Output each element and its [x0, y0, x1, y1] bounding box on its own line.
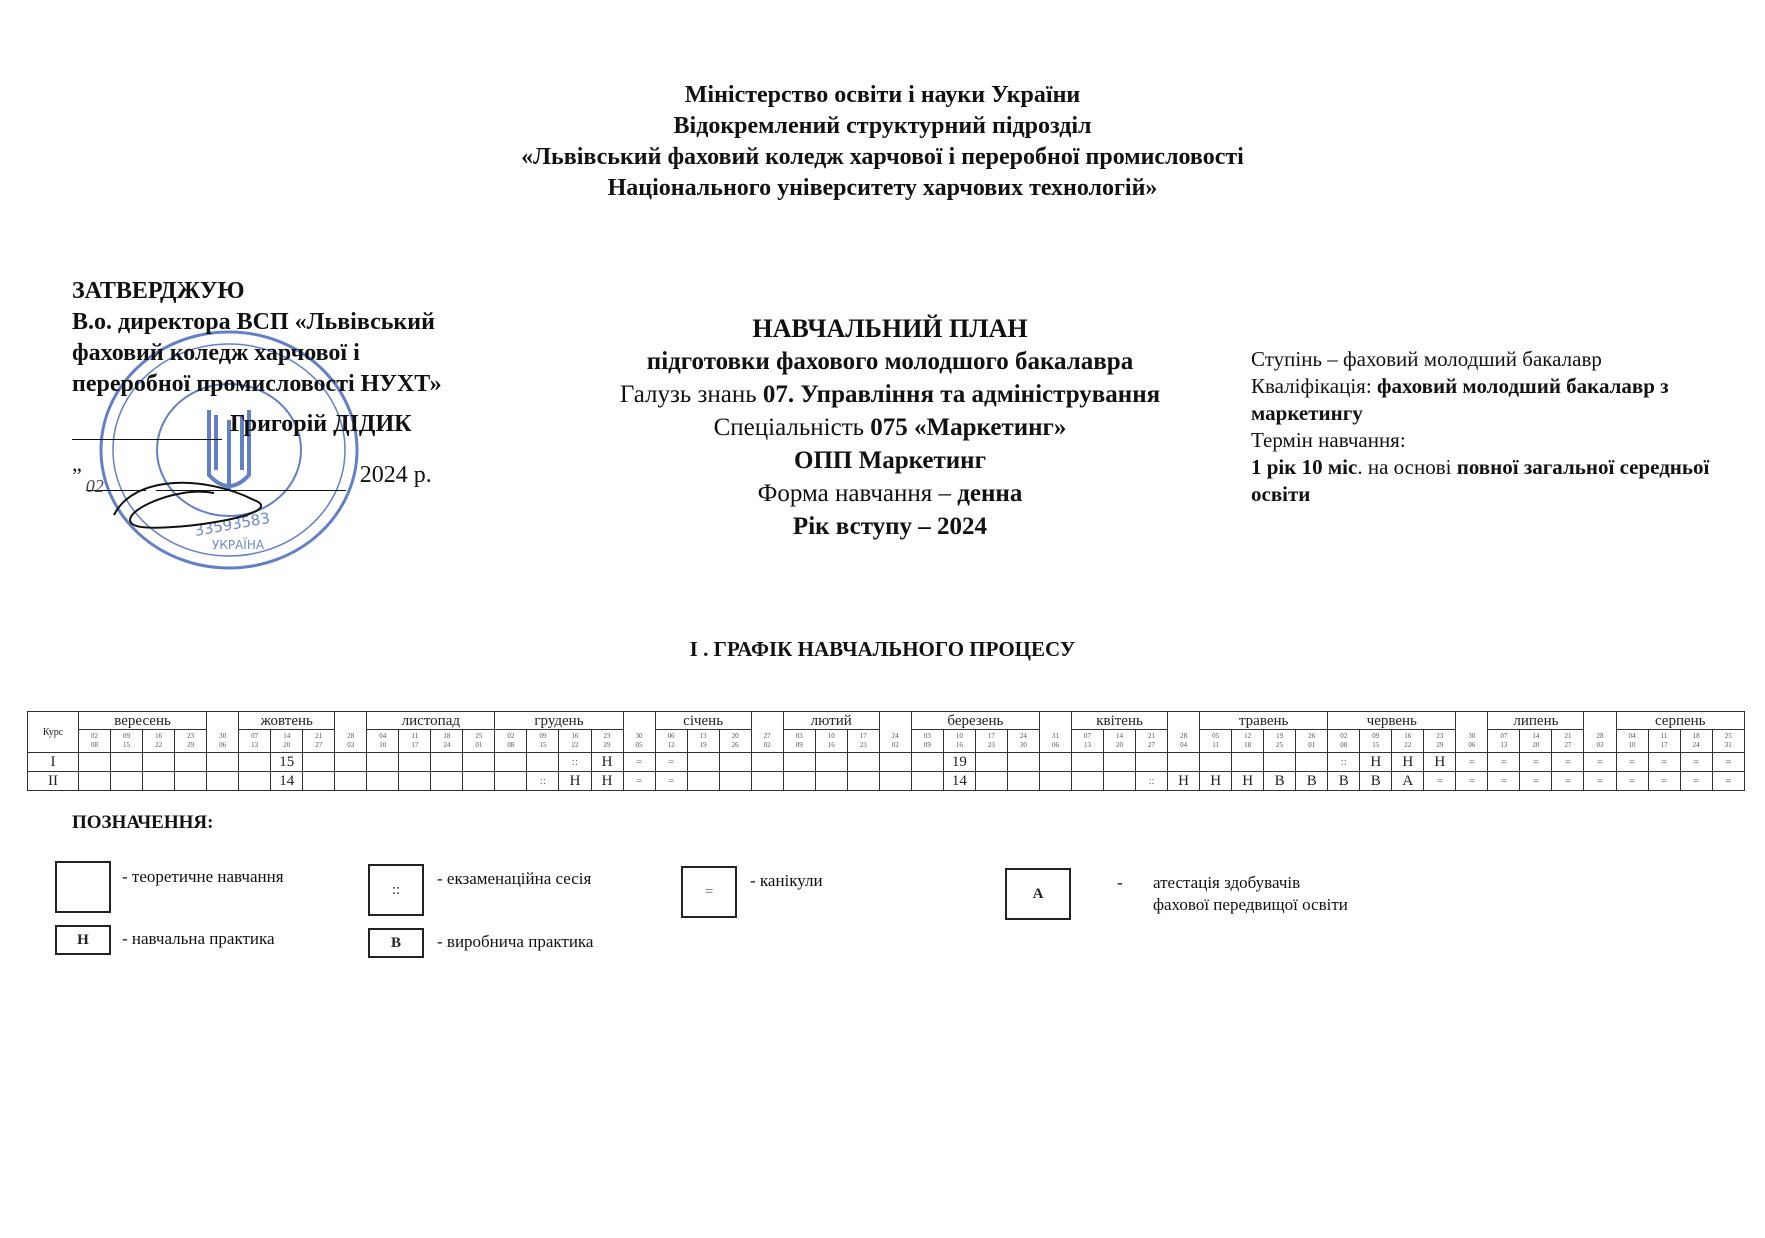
week-end: 18	[1232, 741, 1263, 750]
schedule-cell	[815, 772, 847, 791]
week-header: 2402	[879, 730, 911, 753]
week-end: 30	[1008, 741, 1039, 750]
week-start: 20	[720, 732, 751, 741]
schedule-cell: =	[1456, 772, 1488, 791]
schedule-cell: =	[655, 753, 687, 772]
week-header: 0713	[1488, 730, 1520, 753]
week-start: 21	[1552, 732, 1583, 741]
schedule-cell	[1071, 753, 1103, 772]
week-end: 20	[1520, 741, 1551, 750]
approval-position: В.о. директора ВСП «Львівський	[72, 307, 552, 338]
month-gap-header	[751, 712, 783, 730]
week-header: 0208	[1328, 730, 1360, 753]
week-start: 09	[1360, 732, 1391, 741]
week-end: 04	[1168, 741, 1199, 750]
legend-exam-label: - екзаменаційна сесія	[437, 868, 591, 890]
schedule-cell	[335, 772, 367, 791]
legend-attestation-dash: -	[1117, 872, 1123, 894]
form-label: Форма навчання –	[758, 480, 958, 507]
week-end: 01	[1296, 741, 1327, 750]
week-start: 10	[944, 732, 975, 741]
week-header: 2329	[1424, 730, 1456, 753]
week-start: 19	[1264, 732, 1295, 741]
schedule-cell: =	[1584, 753, 1616, 772]
course-row: І15::Н==19::ННН=========	[28, 753, 1745, 772]
week-header: 0208	[79, 730, 111, 753]
week-start: 02	[1328, 732, 1359, 741]
week-start: 25	[463, 732, 494, 741]
schedule-cell: =	[1552, 753, 1584, 772]
week-header: 0511	[1200, 730, 1232, 753]
signature-underline	[72, 417, 222, 440]
legend-holidays-box: =	[681, 866, 737, 918]
schedule-cell: Н	[1424, 753, 1456, 772]
schedule-cell: Н	[1360, 753, 1392, 772]
week-end: 27	[303, 741, 334, 750]
schedule-cell: 14	[271, 772, 303, 791]
week-end: 05	[624, 741, 655, 750]
week-header: 1420	[271, 730, 303, 753]
ministry-header: Міністерство освіти і науки України Відо…	[0, 80, 1765, 204]
week-end: 02	[752, 741, 783, 750]
signature-line: Григорій ДІДИК	[72, 409, 552, 440]
week-start: 23	[175, 732, 206, 741]
schedule-cell	[111, 772, 143, 791]
week-header: 3005	[623, 730, 655, 753]
schedule-cell: 19	[943, 753, 975, 772]
week-start: 04	[1617, 732, 1648, 741]
week-header: 1723	[975, 730, 1007, 753]
schedule-cell	[239, 772, 271, 791]
schedule-cell	[879, 753, 911, 772]
week-end: 02	[880, 741, 911, 750]
schedule-cell	[463, 753, 495, 772]
week-header: 1723	[847, 730, 879, 753]
week-header: 2803	[1584, 730, 1616, 753]
week-end: 08	[79, 741, 110, 750]
legend-training-practice-box: Н	[55, 925, 111, 955]
week-end: 24	[1681, 741, 1712, 750]
week-header: 2127	[1552, 730, 1584, 753]
week-start: 03	[912, 732, 943, 741]
week-end: 08	[1328, 741, 1359, 750]
week-start: 14	[271, 732, 302, 741]
schedule-cell	[399, 753, 431, 772]
schedule-cell: 14	[943, 772, 975, 791]
week-header: 2601	[1296, 730, 1328, 753]
week-start: 13	[688, 732, 719, 741]
schedule-cell	[879, 772, 911, 791]
signatory-name: Григорій ДІДИК	[230, 409, 412, 440]
ministry-line: «Львівський фаховий коледж харчової і пе…	[0, 142, 1765, 173]
week-header: 0309	[911, 730, 943, 753]
week-start: 17	[976, 732, 1007, 741]
week-header: 2329	[591, 730, 623, 753]
legend-title: ПОЗНАЧЕННЯ:	[72, 812, 213, 834]
schedule-cell: ::	[559, 753, 591, 772]
date-month-field	[156, 470, 346, 491]
week-end: 06	[1456, 741, 1487, 750]
week-start: 28	[1584, 732, 1615, 741]
week-start: 04	[367, 732, 398, 741]
week-end: 13	[1072, 741, 1103, 750]
schedule-cell	[495, 753, 527, 772]
week-start: 23	[592, 732, 623, 741]
week-end: 22	[143, 741, 174, 750]
schedule-cell	[719, 772, 751, 791]
week-start: 16	[1392, 732, 1423, 741]
week-start: 24	[880, 732, 911, 741]
schedule-cell	[143, 772, 175, 791]
schedule-cell	[335, 753, 367, 772]
week-start: 02	[495, 732, 526, 741]
legend-theory-label: - теоретичне навчання	[122, 866, 284, 888]
legend-theory-box	[55, 861, 111, 913]
week-header: 2127	[1136, 730, 1168, 753]
week-start: 12	[1232, 732, 1263, 741]
week-end: 11	[1200, 741, 1231, 750]
week-end: 19	[688, 741, 719, 750]
schedule-cell: Н	[1168, 772, 1200, 791]
week-end: 29	[175, 741, 206, 750]
schedule-cell	[783, 753, 815, 772]
month-gap-header	[879, 712, 911, 730]
week-header: 0612	[655, 730, 687, 753]
schedule-cell: =	[1680, 753, 1712, 772]
week-header: 1420	[1520, 730, 1552, 753]
approval-position: переробної промисловості НУХТ»	[72, 369, 552, 400]
week-end: 08	[495, 741, 526, 750]
week-end: 26	[720, 741, 751, 750]
schedule-cell	[431, 772, 463, 791]
schedule-cell	[111, 753, 143, 772]
week-end: 23	[848, 741, 879, 750]
schedule-cell	[847, 753, 879, 772]
degree-line: Ступінь – фаховий молодший бакалавр	[1251, 346, 1711, 373]
week-end: 22	[559, 741, 590, 750]
legend-exam-box: ::	[368, 864, 424, 916]
schedule-cell: =	[1488, 772, 1520, 791]
schedule-cell	[687, 753, 719, 772]
schedule-cell: Н	[591, 753, 623, 772]
week-start: 07	[1488, 732, 1519, 741]
schedule-cell	[1039, 772, 1071, 791]
week-header: 1622	[559, 730, 591, 753]
month-gap-header	[1168, 712, 1200, 730]
week-end: 06	[1040, 741, 1071, 750]
month-header: липень	[1488, 712, 1584, 730]
weeks-row: 0208091516222329300607131420212728030410…	[28, 730, 1745, 753]
schedule-cell	[911, 772, 943, 791]
schedule-cell: ::	[527, 772, 559, 791]
legend-attestation-line1: атестація здобувачів	[1153, 872, 1348, 894]
approval-date: ” 02 2024 р.	[72, 460, 552, 491]
schedule-cell	[1264, 753, 1296, 772]
plan-year: Рік вступу – 2024	[560, 510, 1220, 543]
schedule-cell	[1071, 772, 1103, 791]
schedule-cell: Н	[559, 772, 591, 791]
week-start: 09	[527, 732, 558, 741]
schedule-cell: =	[1616, 753, 1648, 772]
week-start: 24	[1008, 732, 1039, 741]
month-header: березень	[911, 712, 1039, 730]
month-gap-header	[1584, 712, 1616, 730]
date-day: 02	[86, 476, 104, 496]
date-year: 2024 р.	[360, 460, 432, 491]
month-header: квітень	[1071, 712, 1167, 730]
schedule-cell	[1232, 753, 1264, 772]
week-end: 09	[784, 741, 815, 750]
week-end: 17	[399, 741, 430, 750]
week-header: 2127	[303, 730, 335, 753]
course-row: ІІ14::НН==14::НННВВВВА==========	[28, 772, 1745, 791]
schedule-cell	[783, 772, 815, 791]
term-value: 1 рік 10 міс	[1251, 455, 1357, 479]
schedule-cell	[975, 772, 1007, 791]
week-header: 0309	[783, 730, 815, 753]
kurs-header: Курс	[28, 712, 79, 753]
week-end: 15	[1360, 741, 1391, 750]
week-header: 1824	[431, 730, 463, 753]
week-start: 18	[1681, 732, 1712, 741]
schedule-cell	[79, 772, 111, 791]
week-header: 1622	[1392, 730, 1424, 753]
legend-holidays-label: - канікули	[750, 870, 823, 892]
schedule-cell	[431, 753, 463, 772]
legend-training-practice-label: - навчальна практика	[122, 928, 275, 950]
schedule-cell	[1039, 753, 1071, 772]
week-header: 1016	[943, 730, 975, 753]
week-start: 31	[1040, 732, 1071, 741]
month-header: жовтень	[239, 712, 335, 730]
schedule-cell: Н	[1200, 772, 1232, 791]
degree-block: Ступінь – фаховий молодший бакалавр Квал…	[1251, 346, 1711, 508]
week-start: 14	[1520, 732, 1551, 741]
course-label: І	[28, 753, 79, 772]
month-header: грудень	[495, 712, 623, 730]
schedule-cell: Н	[1392, 753, 1424, 772]
ministry-line: Національного університету харчових техн…	[0, 173, 1765, 204]
week-end: 25	[1264, 741, 1295, 750]
plan-field: Галузь знань 07. Управління та адміністр…	[560, 378, 1220, 411]
week-header: 3006	[207, 730, 239, 753]
week-end: 06	[207, 741, 238, 750]
month-gap-header	[207, 712, 239, 730]
week-start: 07	[1072, 732, 1103, 741]
week-header: 2803	[335, 730, 367, 753]
ministry-line: Міністерство освіти і науки України	[0, 80, 1765, 111]
schedule-cell	[495, 772, 527, 791]
week-end: 31	[1713, 741, 1744, 750]
schedule-cell	[687, 772, 719, 791]
week-end: 17	[1649, 741, 1680, 750]
week-header: 0915	[111, 730, 143, 753]
week-end: 01	[463, 741, 494, 750]
month-gap-header	[623, 712, 655, 730]
schedule-cell	[1007, 753, 1039, 772]
week-end: 16	[816, 741, 847, 750]
legend-industrial-practice-box: В	[368, 928, 424, 958]
schedule-cell	[367, 772, 399, 791]
schedule-cell: =	[1520, 772, 1552, 791]
week-start: 25	[1713, 732, 1744, 741]
week-header: 0915	[1360, 730, 1392, 753]
schedule-cell: ::	[1136, 772, 1168, 791]
approval-block: ЗАТВЕРДЖУЮ В.о. директора ВСП «Львівськи…	[72, 276, 552, 491]
schedule-table: Курс вересеньжовтеньлистопадгруденьсічен…	[27, 711, 1745, 791]
week-end: 03	[1584, 741, 1615, 750]
month-header: лютий	[783, 712, 879, 730]
schedule-cell	[1168, 753, 1200, 772]
schedule-cell	[527, 753, 559, 772]
week-start: 09	[111, 732, 142, 741]
plan-title: НАВЧАЛЬНИЙ ПЛАН	[560, 312, 1220, 345]
week-end: 20	[271, 741, 302, 750]
schedule-cell: =	[1552, 772, 1584, 791]
specialty-value: 075 «Маркетинг»	[870, 414, 1066, 441]
week-start: 30	[1456, 732, 1487, 741]
week-start: 28	[335, 732, 366, 741]
schedule-cell	[1104, 772, 1136, 791]
schedule-cell: Н	[1232, 772, 1264, 791]
month-gap-header	[1456, 712, 1488, 730]
legend-industrial-practice-label: - виробнича практика	[437, 931, 593, 953]
week-header: 0713	[1071, 730, 1103, 753]
week-end: 16	[944, 741, 975, 750]
plan-subtitle: підготовки фахового молодшого бакалавра	[560, 345, 1220, 378]
week-header: 3006	[1456, 730, 1488, 753]
schedule-cell: В	[1296, 772, 1328, 791]
form-value: денна	[957, 480, 1022, 507]
schedule-cell: =	[623, 772, 655, 791]
schedule-cell: =	[1424, 772, 1456, 791]
week-end: 15	[527, 741, 558, 750]
schedule-cell: =	[1584, 772, 1616, 791]
week-header: 1319	[687, 730, 719, 753]
week-header: 2804	[1168, 730, 1200, 753]
schedule-cell: Н	[591, 772, 623, 791]
schedule-cell	[911, 753, 943, 772]
week-header: 3106	[1039, 730, 1071, 753]
schedule-cell: =	[1712, 772, 1744, 791]
week-header: 1016	[815, 730, 847, 753]
date-day-field: 02	[86, 470, 146, 491]
term: 1 рік 10 міс. на основі повної загальної…	[1251, 454, 1711, 508]
week-header: 2501	[463, 730, 495, 753]
schedule-cell	[399, 772, 431, 791]
schedule-cell	[847, 772, 879, 791]
week-start: 30	[207, 732, 238, 741]
week-start: 28	[1168, 732, 1199, 741]
schedule-cell: =	[1680, 772, 1712, 791]
week-header: 1218	[1232, 730, 1264, 753]
schedule-cell	[79, 753, 111, 772]
week-start: 03	[784, 732, 815, 741]
month-gap-header	[335, 712, 367, 730]
schedule-cell	[975, 753, 1007, 772]
week-end: 27	[1136, 741, 1167, 750]
week-start: 16	[559, 732, 590, 741]
week-end: 27	[1552, 741, 1583, 750]
week-start: 14	[1104, 732, 1135, 741]
week-start: 21	[303, 732, 334, 741]
schedule-cell	[175, 753, 207, 772]
month-gap-header	[1039, 712, 1071, 730]
week-start: 07	[239, 732, 270, 741]
week-header: 0410	[367, 730, 399, 753]
week-start: 10	[816, 732, 847, 741]
term-mid: . на основі	[1357, 455, 1456, 479]
week-header: 1420	[1104, 730, 1136, 753]
field-label: Галузь знань	[620, 381, 763, 408]
schedule-cell	[1104, 753, 1136, 772]
week-header: 2026	[719, 730, 751, 753]
schedule-cell	[1296, 753, 1328, 772]
stamp-country: УКРАЇНА	[212, 537, 265, 552]
week-start: 21	[1136, 732, 1167, 741]
week-end: 13	[239, 741, 270, 750]
week-header: 0208	[495, 730, 527, 753]
legend-attestation-label: атестація здобувачів фахової передвищої …	[1153, 872, 1348, 916]
schedule-cell: =	[655, 772, 687, 791]
schedule-cell: =	[1712, 753, 1744, 772]
week-end: 15	[111, 741, 142, 750]
week-header: 2531	[1712, 730, 1744, 753]
schedule-cell	[463, 772, 495, 791]
schedule-cell: В	[1360, 772, 1392, 791]
month-header: травень	[1200, 712, 1328, 730]
week-end: 24	[431, 741, 462, 750]
legend-attestation-box: А	[1005, 868, 1071, 920]
date-quote: ”	[72, 460, 82, 491]
week-end: 09	[912, 741, 943, 750]
schedule-cell: =	[623, 753, 655, 772]
approval-position: фаховий коледж харчової і	[72, 338, 552, 369]
schedule-cell: В	[1328, 772, 1360, 791]
schedule-cell	[1200, 753, 1232, 772]
week-end: 13	[1488, 741, 1519, 750]
week-end: 10	[367, 741, 398, 750]
week-header: 0713	[239, 730, 271, 753]
schedule-cell	[1136, 753, 1168, 772]
week-start: 05	[1200, 732, 1231, 741]
field-value: 07. Управління та адміністрування	[763, 381, 1160, 408]
month-header: листопад	[367, 712, 495, 730]
week-end: 10	[1617, 741, 1648, 750]
week-start: 16	[143, 732, 174, 741]
week-header: 1117	[399, 730, 431, 753]
qualification: Кваліфікація: фаховий молодший бакалавр …	[1251, 373, 1711, 427]
schedule-cell: А	[1392, 772, 1424, 791]
schedule-cell: =	[1456, 753, 1488, 772]
months-row: Курс вересеньжовтеньлистопадгруденьсічен…	[28, 712, 1745, 730]
course-label: ІІ	[28, 772, 79, 791]
schedule-cell	[239, 753, 271, 772]
schedule-cell	[751, 772, 783, 791]
week-end: 29	[1424, 741, 1455, 750]
month-header: серпень	[1616, 712, 1745, 730]
schedule-cell: =	[1520, 753, 1552, 772]
week-header: 1925	[1264, 730, 1296, 753]
week-start: 11	[399, 732, 430, 741]
week-header: 0915	[527, 730, 559, 753]
schedule-cell: В	[1264, 772, 1296, 791]
term-label: Термін навчання:	[1251, 427, 1711, 454]
week-start: 30	[624, 732, 655, 741]
schedule-cell	[751, 753, 783, 772]
approval-title: ЗАТВЕРДЖУЮ	[72, 276, 552, 307]
week-start: 11	[1649, 732, 1680, 741]
